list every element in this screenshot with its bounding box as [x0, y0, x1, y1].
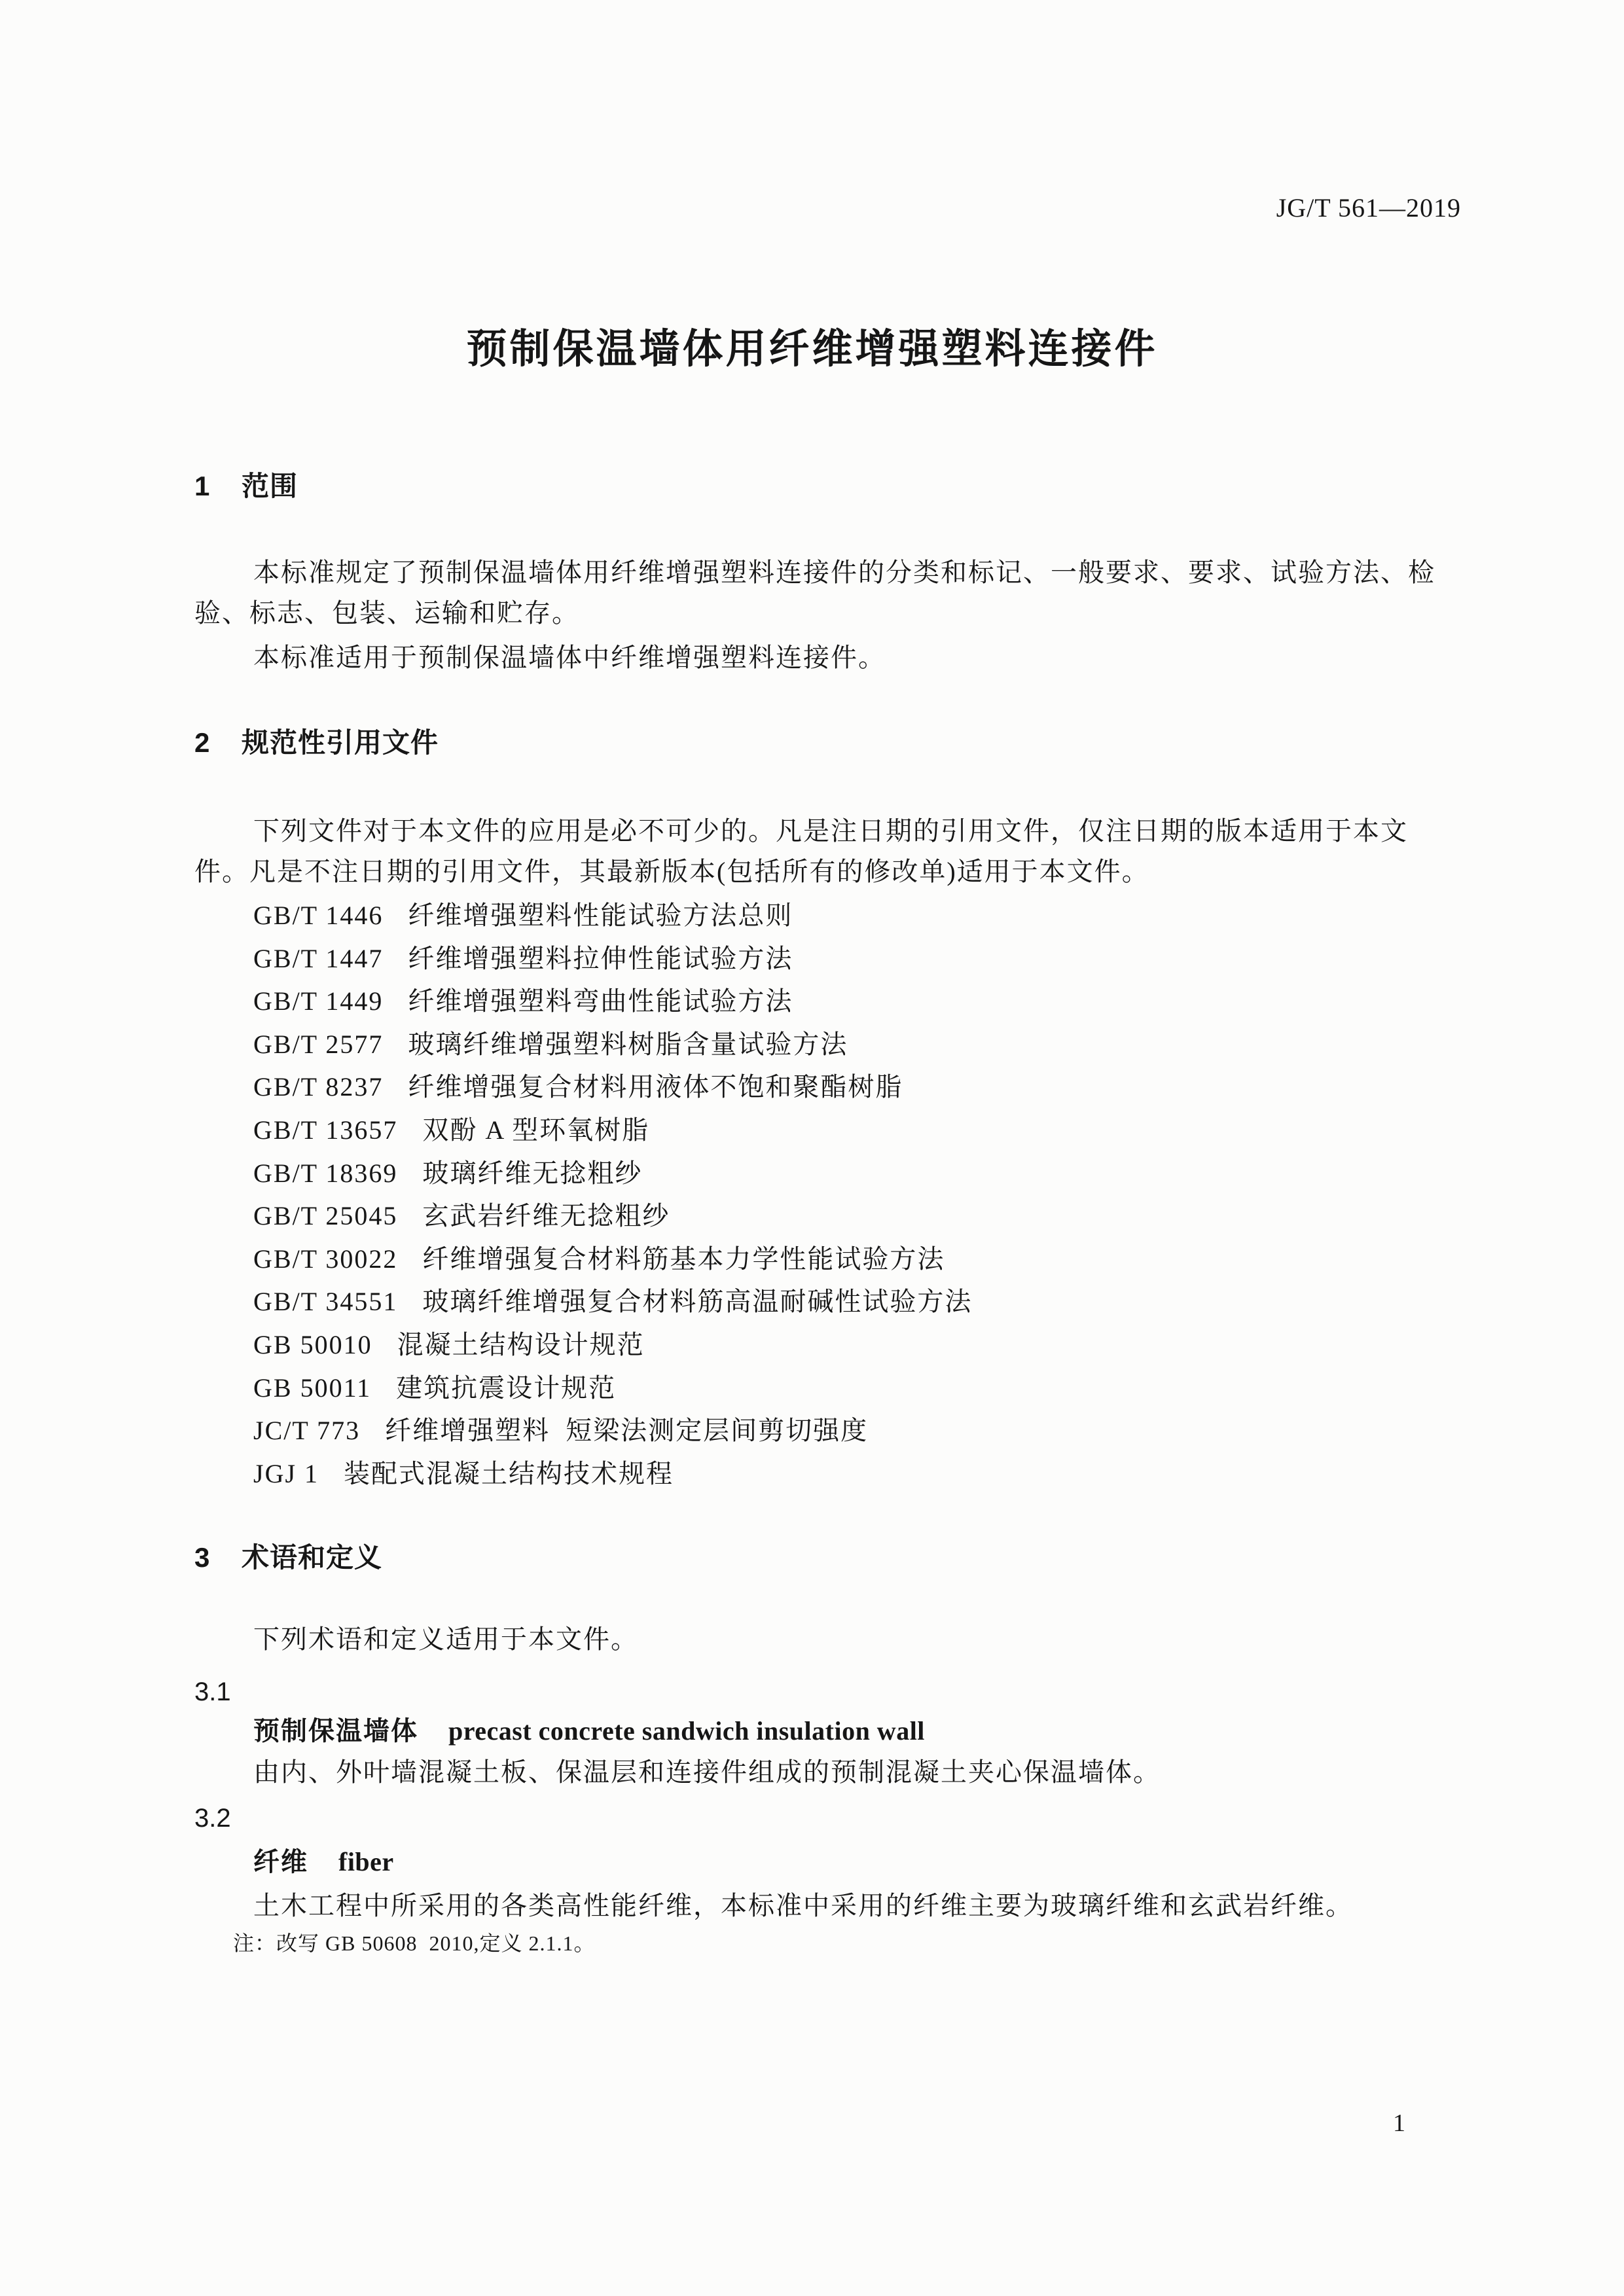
section-number: 1 [194, 470, 242, 503]
terms-intro: 下列术语和定义适用于本文件。 [194, 1619, 1451, 1660]
term-clause-number: 3.2 [194, 1802, 231, 1835]
reference-code: GB/T 18369 [253, 1158, 397, 1188]
section-title: 范围 [242, 471, 298, 501]
reference-item: GB/T 18369玻璃纤维无捻粗纱 [194, 1152, 1451, 1195]
term-chinese: 预制保温墙体 [253, 1717, 418, 1746]
reference-code: GB/T 1447 [253, 944, 383, 973]
term-note: 注：改写 GB 50608 2010,定义 2.1.1。 [233, 1929, 595, 1958]
section-heading-scope: 1范围 [194, 470, 298, 503]
reference-item: GB/T 8237纤维增强复合材料用液体不饱和聚酯树脂 [194, 1066, 1451, 1109]
term-entry-heading: 预制保温墙体precast concrete sandwich insulati… [194, 1714, 925, 1748]
reference-item: GB/T 25045玄武岩纤维无捻粗纱 [194, 1194, 1451, 1238]
term-definition: 由内、外叶墙混凝土板、保温层和连接件组成的预制混凝土夹心保温墙体。 [194, 1752, 1451, 1793]
reference-code: GB 50010 [253, 1330, 372, 1359]
reference-code: GB 50011 [253, 1373, 371, 1403]
reference-title: 纤维增强塑料性能试验方法总则 [408, 901, 793, 930]
term-chinese: 纤维 [253, 1848, 308, 1876]
reference-title: 建筑抗震设计规范 [396, 1373, 616, 1403]
term-definition: 土木工程中所采用的各类高性能纤维，本标准中采用的纤维主要为玻璃纤维和玄武岩纤维。 [194, 1886, 1451, 1926]
reference-code: GB/T 8237 [253, 1072, 383, 1102]
reference-code: GB/T 34551 [253, 1287, 397, 1316]
normative-references-intro: 下列文件对于本文件的应用是必不可少的。凡是注日期的引用文件，仅注日期的版本适用于… [194, 811, 1451, 892]
term-english: fiber [338, 1847, 394, 1876]
term-entry-heading: 纤维fiber [194, 1845, 394, 1879]
reference-title: 混凝土结构设计规范 [397, 1330, 645, 1359]
section-heading-normative-references: 2规范性引用文件 [194, 726, 439, 759]
reference-item: GB/T 30022纤维增强复合材料筋基本力学性能试验方法 [194, 1238, 1451, 1281]
reference-code: GB/T 1446 [253, 901, 383, 930]
reference-title: 纤维增强塑料 短梁法测定层间剪切强度 [385, 1416, 868, 1445]
term-english: precast concrete sandwich insulation wal… [448, 1716, 925, 1746]
reference-title: 玻璃纤维增强塑料树脂含量试验方法 [408, 1030, 848, 1059]
reference-item: GB/T 1449纤维增强塑料弯曲性能试验方法 [194, 980, 1451, 1023]
reference-code: GB/T 25045 [253, 1201, 397, 1230]
reference-title: 玻璃纤维增强复合材料筋高温耐碱性试验方法 [422, 1287, 972, 1316]
reference-title: 双酚 A 型环氧树脂 [422, 1115, 649, 1145]
section-title: 规范性引用文件 [242, 727, 439, 758]
reference-title: 纤维增强塑料拉伸性能试验方法 [408, 944, 793, 973]
reference-title: 玻璃纤维无捻粗纱 [422, 1158, 642, 1188]
reference-item: GB/T 1446纤维增强塑料性能试验方法总则 [194, 894, 1451, 937]
reference-item: GB 50011建筑抗震设计规范 [194, 1367, 1451, 1410]
reference-code: JGJ 1 [253, 1459, 319, 1488]
page-number: 1 [1393, 2109, 1405, 2138]
reference-title: 装配式混凝土结构技术规程 [344, 1459, 674, 1488]
document-page: JG/T 561—2019 预制保温墙体用纤维增强塑料连接件 1范围 本标准规定… [0, 0, 1624, 2296]
term-clause-number: 3.1 [194, 1676, 231, 1708]
reference-code: GB/T 13657 [253, 1115, 397, 1145]
reference-item: GB/T 2577玻璃纤维增强塑料树脂含量试验方法 [194, 1023, 1451, 1066]
reference-code: JC/T 773 [253, 1416, 360, 1445]
document-title: 预制保温墙体用纤维增强塑料连接件 [0, 326, 1624, 373]
reference-code: GB/T 2577 [253, 1030, 383, 1059]
reference-title: 玄武岩纤维无捻粗纱 [422, 1201, 670, 1230]
section-heading-terms-definitions: 3术语和定义 [194, 1541, 382, 1574]
reference-item: GB 50010混凝土结构设计规范 [194, 1323, 1451, 1367]
reference-title: 纤维增强复合材料用液体不饱和聚酯树脂 [408, 1072, 903, 1102]
reference-code: GB/T 1449 [253, 986, 383, 1016]
reference-code: GB/T 30022 [253, 1244, 397, 1274]
scope-paragraph-1: 本标准规定了预制保温墙体用纤维增强塑料连接件的分类和标记、一般要求、要求、试验方… [194, 552, 1451, 634]
reference-title: 纤维增强塑料弯曲性能试验方法 [408, 986, 793, 1016]
standard-code-header: JG/T 561—2019 [1276, 192, 1461, 224]
section-title: 术语和定义 [242, 1542, 382, 1573]
scope-paragraph-2: 本标准适用于预制保温墙体中纤维增强塑料连接件。 [194, 637, 1451, 678]
reference-item: JGJ 1装配式混凝土结构技术规程 [194, 1452, 1451, 1496]
reference-item: GB/T 34551玻璃纤维增强复合材料筋高温耐碱性试验方法 [194, 1280, 1451, 1323]
normative-references-list: GB/T 1446纤维增强塑料性能试验方法总则 GB/T 1447纤维增强塑料拉… [194, 894, 1451, 1495]
reference-title: 纤维增强复合材料筋基本力学性能试验方法 [422, 1244, 945, 1274]
section-number: 2 [194, 726, 242, 759]
reference-item: GB/T 1447纤维增强塑料拉伸性能试验方法 [194, 937, 1451, 980]
reference-item: JC/T 773纤维增强塑料 短梁法测定层间剪切强度 [194, 1409, 1451, 1452]
reference-item: GB/T 13657双酚 A 型环氧树脂 [194, 1109, 1451, 1152]
section-number: 3 [194, 1541, 242, 1574]
